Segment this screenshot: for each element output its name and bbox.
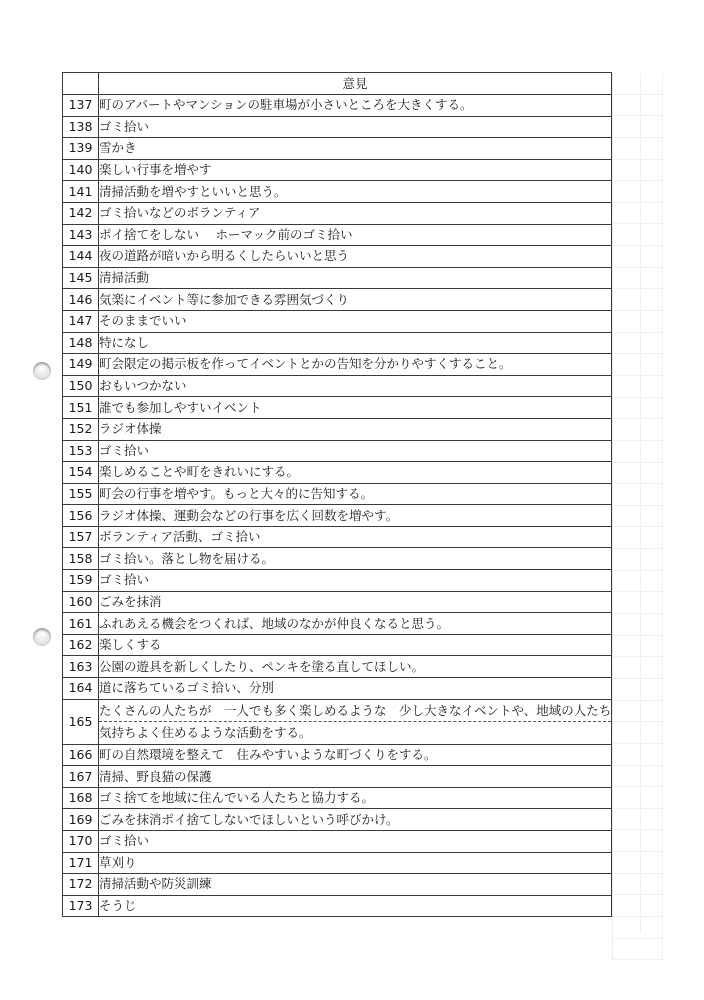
row-number: 138 <box>63 116 99 138</box>
bleed-through-divider <box>640 73 641 933</box>
binder-punch-hole-top <box>33 362 51 380</box>
table-row: 152ラジオ体操 <box>63 418 612 440</box>
row-number: 156 <box>63 505 99 527</box>
bleed-through-row <box>613 333 663 355</box>
row-number: 173 <box>63 895 99 917</box>
table-row: 161ふれあえる機会をつくれば、地域のなかが仲良くなると思う。 <box>63 613 612 635</box>
bleed-through-row <box>613 484 663 506</box>
row-number: 153 <box>63 440 99 462</box>
opinion-line: たくさんの人たちが 一人でも多く楽しめるような 少し大きなイベントや、地域の人た… <box>99 700 611 723</box>
row-opinion: 気楽にイベント等に参加できる雰囲気づくり <box>99 289 612 311</box>
bleed-through-row <box>613 787 663 809</box>
table-row: 164道に落ちているゴミ拾い、分別 <box>63 678 612 700</box>
row-opinion: 楽しめることや町をきれいにする。 <box>99 462 612 484</box>
bleed-through-row <box>613 571 663 593</box>
table-row: 142ゴミ拾いなどのボランティア <box>63 202 612 224</box>
bleed-through-row <box>613 506 663 528</box>
row-opinion: 雪かき <box>99 138 612 160</box>
row-opinion: ごみを抹消ポイ捨てしないでほしいという呼びかけ。 <box>99 809 612 831</box>
table-row: 154楽しめることや町をきれいにする。 <box>63 462 612 484</box>
row-opinion: ポイ捨てをしない ホーマック前のゴミ拾い <box>99 224 612 246</box>
table-row: 139雪かき <box>63 138 612 160</box>
row-opinion: 清掃、野良猫の保護 <box>99 766 612 788</box>
row-number: 160 <box>63 591 99 613</box>
bleed-through-row <box>613 809 663 831</box>
row-number: 137 <box>63 95 99 117</box>
table-row: 158ゴミ拾い。落とし物を届ける。 <box>63 548 612 570</box>
row-opinion: 夜の道路が暗いから明るくしたらいいと思う <box>99 246 612 268</box>
row-number: 164 <box>63 678 99 700</box>
table-row: 166町の自然環境を整えて 住みやすいような町づくりをする。 <box>63 744 612 766</box>
row-opinion: 誰でも参加しやすいイベント <box>99 397 612 419</box>
bleed-through-row <box>613 852 663 874</box>
row-number: 149 <box>63 354 99 376</box>
row-opinion: 清掃活動や防災訓練 <box>99 874 612 896</box>
table-row: 165たくさんの人たちが 一人でも多く楽しめるような 少し大きなイベントや、地域… <box>63 699 612 744</box>
bleed-through-row <box>613 614 663 636</box>
row-opinion: ゴミ拾い <box>99 570 612 592</box>
bleed-through-row <box>613 203 663 225</box>
bleed-through-row <box>613 874 663 896</box>
row-number: 140 <box>63 159 99 181</box>
row-number: 141 <box>63 181 99 203</box>
row-opinion: そうじ <box>99 895 612 917</box>
row-number: 159 <box>63 570 99 592</box>
bleed-through-row <box>613 895 663 917</box>
row-opinion: 特になし <box>99 332 612 354</box>
header-opinion: 意見 <box>99 73 612 95</box>
row-opinion: 草刈り <box>99 852 612 874</box>
table-row: 140楽しい行事を増やす <box>63 159 612 181</box>
bleed-through-row <box>613 224 663 246</box>
table-row: 160ごみを抹消 <box>63 591 612 613</box>
bleed-through-row <box>613 744 663 766</box>
row-number: 143 <box>63 224 99 246</box>
row-number: 151 <box>63 397 99 419</box>
bleed-through-row <box>613 354 663 376</box>
bleed-through-row <box>613 160 663 182</box>
table-row: 159ゴミ拾い <box>63 570 612 592</box>
bleed-through-row <box>613 701 663 723</box>
table-header-row: 意見 <box>63 73 612 95</box>
bleed-through-row <box>613 463 663 485</box>
opinions-table: 意見 137町のアパートやマンションの駐車場が小さいところを大きくする。138ゴ… <box>62 72 612 917</box>
bleed-through-row <box>613 138 663 160</box>
table-row: 143ポイ捨てをしない ホーマック前のゴミ拾い <box>63 224 612 246</box>
bleed-through-row <box>613 398 663 420</box>
row-opinion: ゴミ捨てを地域に住んでいる人たちと協力する。 <box>99 787 612 809</box>
bleed-through-row <box>613 657 663 679</box>
row-number: 157 <box>63 526 99 548</box>
bleed-through-row <box>613 181 663 203</box>
table-row: 173そうじ <box>63 895 612 917</box>
table-row: 155町会の行事を増やす。もっと大々的に告知する。 <box>63 483 612 505</box>
bleed-through-row <box>613 549 663 571</box>
header-number <box>63 73 99 95</box>
table-row: 172清掃活動や防災訓練 <box>63 874 612 896</box>
row-opinion: そのままでいい <box>99 310 612 332</box>
bleed-through-table <box>612 73 663 960</box>
row-opinion: 町のアパートやマンションの駐車場が小さいところを大きくする。 <box>99 95 612 117</box>
table-row: 145清掃活動 <box>63 267 612 289</box>
row-opinion: ゴミ拾い <box>99 440 612 462</box>
bleed-through-row <box>613 73 663 95</box>
table-row: 162楽しくする <box>63 634 612 656</box>
table-row: 137町のアパートやマンションの駐車場が小さいところを大きくする。 <box>63 95 612 117</box>
row-opinion: ゴミ拾い。落とし物を届ける。 <box>99 548 612 570</box>
row-opinion: 道に落ちているゴミ拾い、分別 <box>99 678 612 700</box>
row-number: 154 <box>63 462 99 484</box>
row-number: 168 <box>63 787 99 809</box>
table-row: 151誰でも参加しやすいイベント <box>63 397 612 419</box>
bleed-through-row <box>613 592 663 614</box>
binder-punch-hole-bottom <box>33 628 51 646</box>
row-opinion: ボランティア活動、ゴミ拾い <box>99 526 612 548</box>
bleed-through-row <box>613 722 663 744</box>
table-row: 149町会限定の掲示板を作ってイベントとかの告知を分かりやすくすること。 <box>63 354 612 376</box>
row-opinion: ゴミ拾い <box>99 116 612 138</box>
table-row: 141清掃活動を増やすといいと思う。 <box>63 181 612 203</box>
row-number: 165 <box>63 699 99 744</box>
row-number: 166 <box>63 744 99 766</box>
opinion-line: 気持ちよく住めるような活動をする。 <box>99 722 611 744</box>
row-number: 161 <box>63 613 99 635</box>
table-row: 144夜の道路が暗いから明るくしたらいいと思う <box>63 246 612 268</box>
table-row: 171草刈り <box>63 852 612 874</box>
row-opinion: 町会の行事を増やす。もっと大々的に告知する。 <box>99 483 612 505</box>
table-row: 170ゴミ拾い <box>63 831 612 853</box>
table-row: 169ごみを抹消ポイ捨てしないでほしいという呼びかけ。 <box>63 809 612 831</box>
table-row: 138ゴミ拾い <box>63 116 612 138</box>
row-opinion: 楽しくする <box>99 634 612 656</box>
bleed-through-row <box>613 95 663 117</box>
bleed-through-row <box>613 268 663 290</box>
bleed-through-row <box>613 527 663 549</box>
bleed-through-row <box>613 679 663 701</box>
table-row: 147そのままでいい <box>63 310 612 332</box>
table-row: 168ゴミ捨てを地域に住んでいる人たちと協力する。 <box>63 787 612 809</box>
bleed-through-row <box>613 289 663 311</box>
row-opinion: たくさんの人たちが 一人でも多く楽しめるような 少し大きなイベントや、地域の人た… <box>99 699 612 744</box>
bleed-through-row <box>613 376 663 398</box>
row-number: 169 <box>63 809 99 831</box>
row-opinion: 楽しい行事を増やす <box>99 159 612 181</box>
bleed-through-row <box>613 830 663 852</box>
bleed-through-row <box>613 917 663 939</box>
table-row: 150おもいつかない <box>63 375 612 397</box>
bleed-through-row <box>613 311 663 333</box>
row-number: 139 <box>63 138 99 160</box>
row-opinion: 町の自然環境を整えて 住みやすいような町づくりをする。 <box>99 744 612 766</box>
row-number: 171 <box>63 852 99 874</box>
row-opinion: ゴミ拾い <box>99 831 612 853</box>
row-opinion: ゴミ拾いなどのボランティア <box>99 202 612 224</box>
row-opinion: ごみを抹消 <box>99 591 612 613</box>
row-opinion: 公園の遊具を新しくしたり、ペンキを塗る直してほしい。 <box>99 656 612 678</box>
row-opinion: 清掃活動 <box>99 267 612 289</box>
bleed-through-row <box>613 419 663 441</box>
table-row: 148特になし <box>63 332 612 354</box>
table-row: 156ラジオ体操、運動会などの行事を広く回数を増やす。 <box>63 505 612 527</box>
row-number: 155 <box>63 483 99 505</box>
row-number: 163 <box>63 656 99 678</box>
bleed-through-row <box>613 441 663 463</box>
row-opinion: 清掃活動を増やすといいと思う。 <box>99 181 612 203</box>
row-number: 162 <box>63 634 99 656</box>
row-number: 150 <box>63 375 99 397</box>
table-row: 163公園の遊具を新しくしたり、ペンキを塗る直してほしい。 <box>63 656 612 678</box>
row-number: 145 <box>63 267 99 289</box>
row-number: 148 <box>63 332 99 354</box>
row-number: 146 <box>63 289 99 311</box>
bleed-through-row <box>613 636 663 658</box>
row-opinion: ラジオ体操 <box>99 418 612 440</box>
bleed-through-row <box>613 246 663 268</box>
row-number: 152 <box>63 418 99 440</box>
table-row: 157ボランティア活動、ゴミ拾い <box>63 526 612 548</box>
row-number: 144 <box>63 246 99 268</box>
row-number: 147 <box>63 310 99 332</box>
row-number: 167 <box>63 766 99 788</box>
row-number: 158 <box>63 548 99 570</box>
table-row: 146気楽にイベント等に参加できる雰囲気づくり <box>63 289 612 311</box>
table-row: 167清掃、野良猫の保護 <box>63 766 612 788</box>
row-opinion: ラジオ体操、運動会などの行事を広く回数を増やす。 <box>99 505 612 527</box>
bleed-through-row <box>613 116 663 138</box>
row-number: 170 <box>63 831 99 853</box>
row-opinion: 町会限定の掲示板を作ってイベントとかの告知を分かりやすくすること。 <box>99 354 612 376</box>
bleed-through-row <box>613 939 663 961</box>
table-row: 153ゴミ拾い <box>63 440 612 462</box>
row-opinion: おもいつかない <box>99 375 612 397</box>
bleed-through-row <box>613 766 663 788</box>
row-number: 142 <box>63 202 99 224</box>
row-opinion: ふれあえる機会をつくれば、地域のなかが仲良くなると思う。 <box>99 613 612 635</box>
row-number: 172 <box>63 874 99 896</box>
